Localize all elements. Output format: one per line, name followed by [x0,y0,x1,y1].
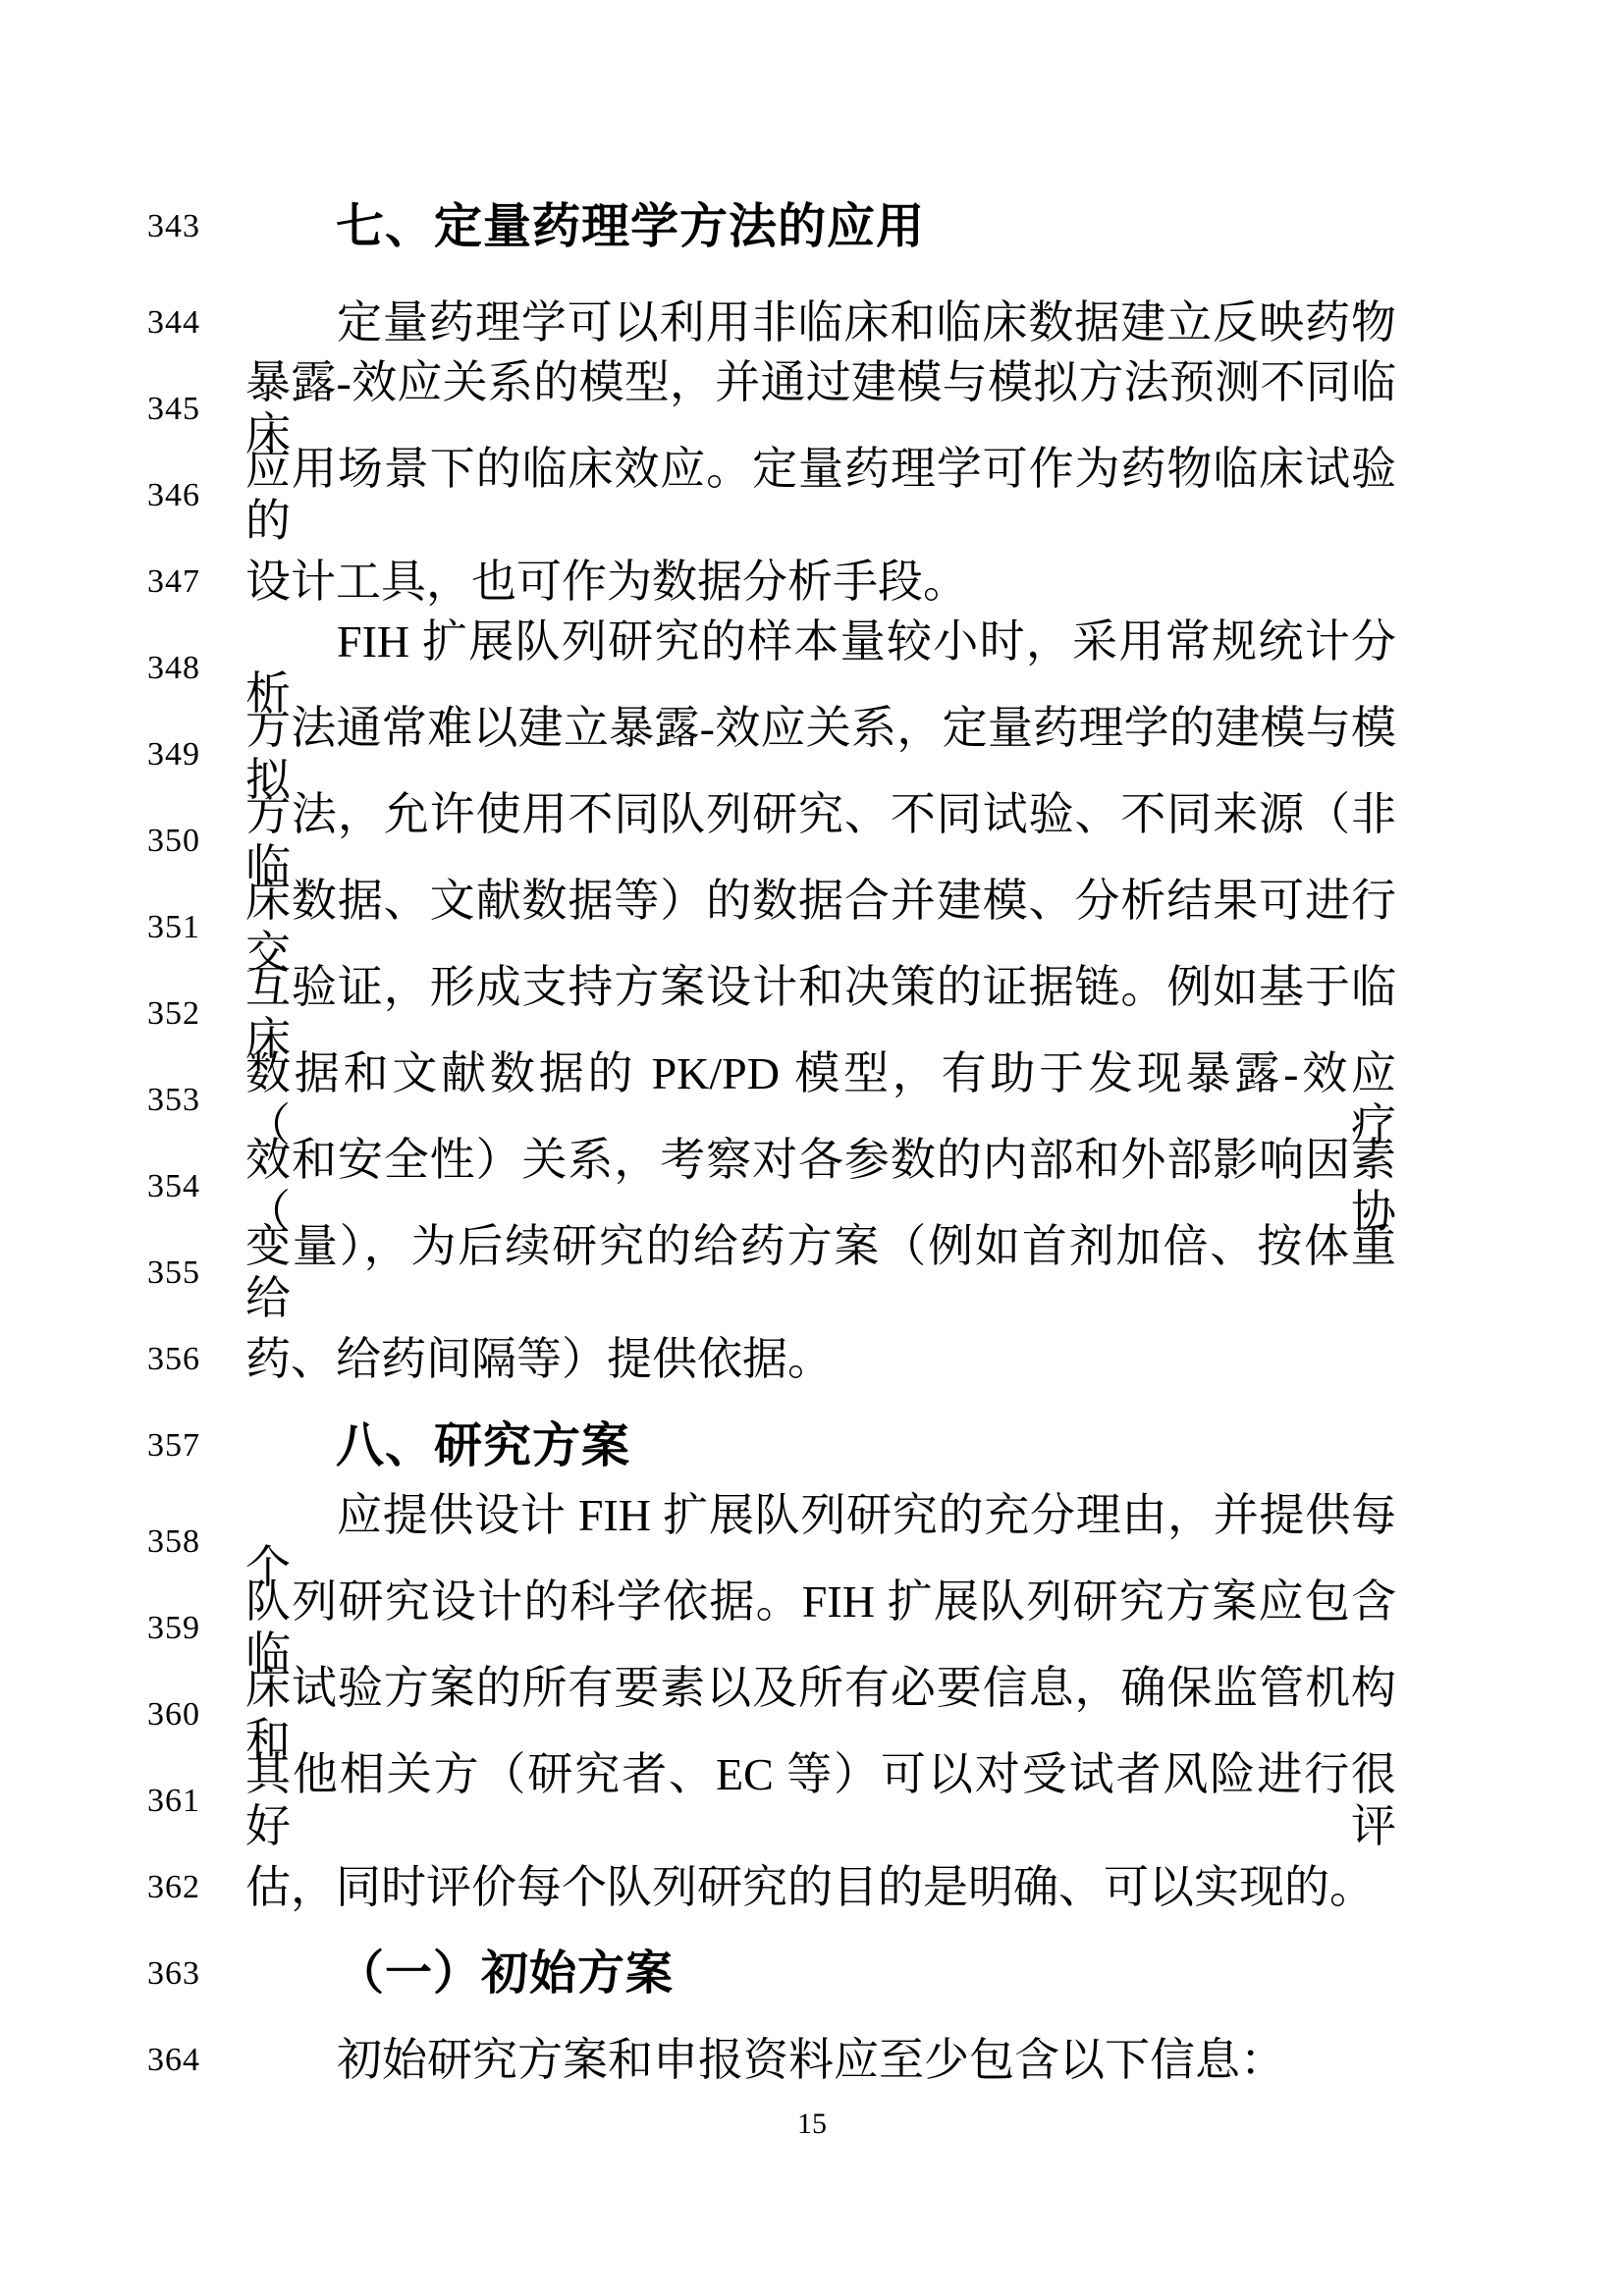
text-line-358: 358 应提供设计 FIH 扩展队列研究的充分理由，并提供每个 [0,1499,1624,1585]
line-number: 359 [147,1610,245,1647]
text-line-357: 357 八、研究方案 [0,1403,1624,1489]
line-text: 定量药理学可以利用非临床和临床数据建立反映药物 [245,297,1396,349]
text-line-363: 363 （一）初始方案 [0,1931,1624,2017]
text-line-349: 349 方法通常难以建立暴露-效应关系，定量药理学的建模与模拟 [0,712,1624,798]
text-line-364: 364 初始研究方案和申报资料应至少包含以下信息： [0,2017,1624,2104]
line-number: 352 [147,995,245,1033]
line-text: 估，同时评价每个队列研究的目的是明确、可以实现的。 [245,1862,1396,1914]
line-number: 362 [147,1869,245,1906]
sub-heading: （一）初始方案 [245,1947,1396,2001]
line-number: 363 [147,1955,245,1993]
text-line-360: 360 床试验方案的所有要素以及所有必要信息，确保监管机构和 [0,1672,1624,1758]
section-heading: 七、定量药理学方法的应用 [245,199,1396,254]
document-page: 343 七、定量药理学方法的应用 344 定量药理学可以利用非临床和临床数据建立… [0,0,1624,2296]
line-number: 356 [147,1341,245,1378]
text-line-353: 353 数据和文献数据的 PK/PD 模型，有助于发现暴露-效应（疗 [0,1057,1624,1144]
line-number: 357 [147,1427,245,1465]
line-text: 其他相关方（研究者、EC 等）可以对受试者风险进行很好评 [245,1749,1396,1853]
line-number: 354 [147,1168,245,1205]
text-line-354: 354 效和安全性）关系，考察对各参数的内部和外部影响因素（协 [0,1144,1624,1230]
text-line-361: 361 其他相关方（研究者、EC 等）可以对受试者风险进行很好评 [0,1758,1624,1844]
line-number: 344 [147,304,245,342]
line-number: 353 [147,1082,245,1119]
line-number: 343 [147,208,245,245]
line-text: 设计工具，也可作为数据分析手段。 [245,557,1396,609]
text-line-348: 348 FIH 扩展队列研究的样本量较小时，采用常规统计分析 [0,625,1624,712]
text-line-343: 343 七、定量药理学方法的应用 [0,184,1624,270]
text-line-352: 352 互验证，形成支持方案设计和决策的证据链。例如基于临床 [0,971,1624,1057]
line-number: 345 [147,391,245,428]
text-line-347: 347 设计工具，也可作为数据分析手段。 [0,539,1624,625]
text-line-346: 346 应用场景下的临床效应。定量药理学可作为药物临床试验的 [0,453,1624,539]
line-number: 346 [147,477,245,514]
page-number: 15 [0,2108,1624,2141]
line-text: 应用场景下的临床效应。定量药理学可作为药物临床试验的 [245,444,1396,548]
line-number: 350 [147,823,245,860]
line-number: 364 [147,2042,245,2079]
text-line-359: 359 队列研究设计的科学依据。FIH 扩展队列研究方案应包含临 [0,1585,1624,1672]
text-line-351: 351 床数据、文献数据等）的数据合并建模、分析结果可进行交 [0,884,1624,971]
text-line-356: 356 药、给药间隔等）提供依据。 [0,1316,1624,1403]
text-line-345: 345 暴露-效应关系的模型，并通过建模与模拟方法预测不同临床 [0,366,1624,453]
line-number: 355 [147,1255,245,1292]
text-line-344: 344 定量药理学可以利用非临床和临床数据建立反映药物 [0,280,1624,366]
line-number: 348 [147,650,245,687]
text-line-355: 355 变量），为后续研究的给药方案（例如首剂加倍、按体重给 [0,1230,1624,1316]
line-number: 347 [147,563,245,601]
text-line-362: 362 估，同时评价每个队列研究的目的是明确、可以实现的。 [0,1844,1624,1931]
section-heading: 八、研究方案 [245,1418,1396,1473]
line-text: 变量），为后续研究的给药方案（例如首剂加倍、按体重给 [245,1221,1396,1325]
line-text: 药、给药间隔等）提供依据。 [245,1334,1396,1386]
line-number: 360 [147,1696,245,1734]
line-number: 358 [147,1523,245,1561]
text-line-350: 350 方法，允许使用不同队列研究、不同试验、不同来源（非临 [0,798,1624,884]
line-text: 初始研究方案和申报资料应至少包含以下信息： [245,2035,1396,2087]
line-number: 349 [147,736,245,774]
line-number: 351 [147,909,245,946]
line-number: 361 [147,1783,245,1820]
